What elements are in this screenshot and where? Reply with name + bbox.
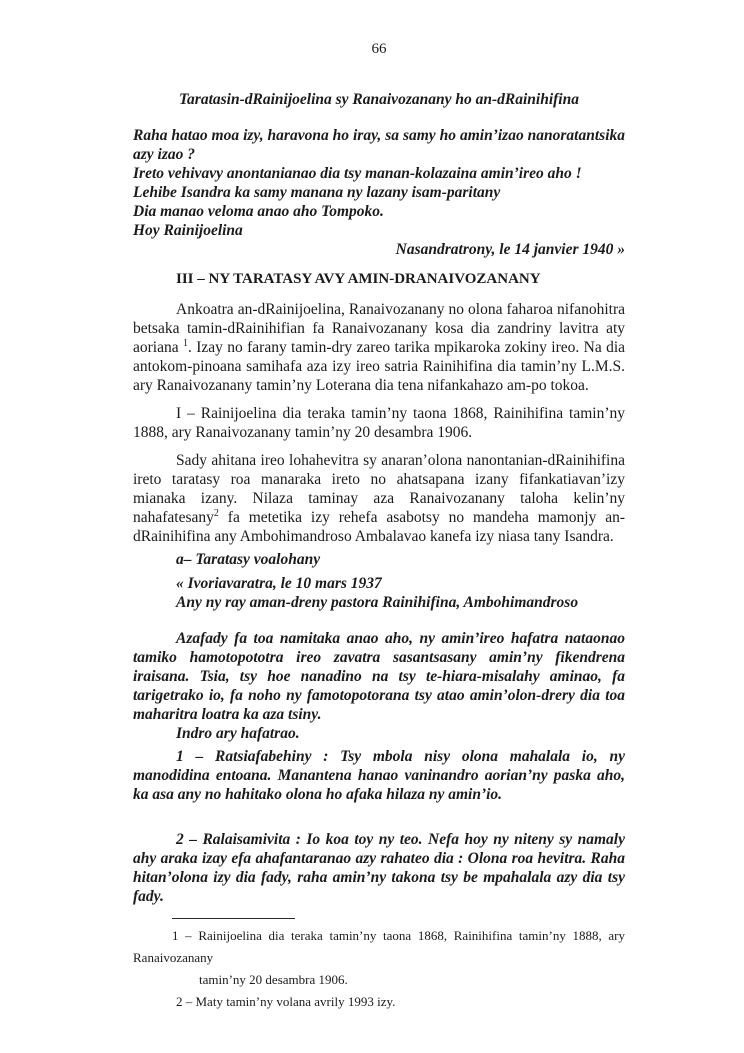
footnote-1-line-2: Ranaivozanany xyxy=(133,947,625,969)
paragraph-3: Sady ahitana ireo lohahevitra sy anaran’… xyxy=(133,451,625,546)
letter-item-1: 1 – Ratsiafabehiny : Tsy mbola nisy olon… xyxy=(133,747,625,804)
section-heading: III – NY TARATASY AVY AMIN-DRANAIVOZANAN… xyxy=(133,270,625,289)
letter-line-2: Ireto vehivavy anontanianao dia tsy mana… xyxy=(133,164,625,183)
footnotes: 1 – Rainijoelina dia teraka tamin’ny tao… xyxy=(133,925,625,1013)
footnote-1-line-3: tamin’ny 20 desambra 1906. xyxy=(133,969,625,991)
letter-excerpt: Raha hatao moa izy, haravona ho iray, sa… xyxy=(133,126,625,259)
letter-line-1: Raha hatao moa izy, haravona ho iray, sa… xyxy=(133,126,625,164)
subheading-first-letter: a– Taratasy voalohany xyxy=(133,550,625,569)
letter-addressee: Any ny ray aman-dreny pastora Rainihifin… xyxy=(133,593,625,612)
letter-line-3: Lehibe Isandra ka samy manana ny lazany … xyxy=(133,183,625,202)
letter-paragraph-2: Indro ary hafatrao. xyxy=(133,724,625,743)
letter-line-5: Hoy Rainijoelina xyxy=(133,221,625,240)
page-number: 66 xyxy=(133,40,625,58)
footnote-separator xyxy=(172,918,295,919)
letter-item-2: 2 – Ralaisamivita : Io koa toy ny teo. N… xyxy=(133,830,625,906)
letter-signoff: Nasandratrony, le 14 janvier 1940 » xyxy=(133,240,625,259)
paragraph-2: I – Rainijoelina dia teraka tamin’ny tao… xyxy=(133,404,625,442)
footnote-1-line-1: 1 – Rainijoelina dia teraka tamin’ny tao… xyxy=(133,925,625,947)
document-title: Taratasin-dRainijoelina sy Ranaivozanany… xyxy=(133,90,625,109)
letter-line-4: Dia manao veloma anao aho Tompoko. xyxy=(133,202,625,221)
letter-place-date: « Ivoriavaratra, le 10 mars 1937 xyxy=(133,574,625,593)
footnote-2: 2 – Maty tamin’ny volana avrily 1993 izy… xyxy=(133,991,625,1013)
document-page: 66 Taratasin-dRainijoelina sy Ranaivozan… xyxy=(0,0,744,1053)
letter-paragraph-1: Azafady fa toa namitaka anao aho, ny ami… xyxy=(133,629,625,724)
paragraph-1: Ankoatra an-dRainijoelina, Ranaivozanany… xyxy=(133,300,625,395)
paragraph-1-text-cont: . Izay no farany tamin-dry zareo tarika … xyxy=(133,339,625,394)
